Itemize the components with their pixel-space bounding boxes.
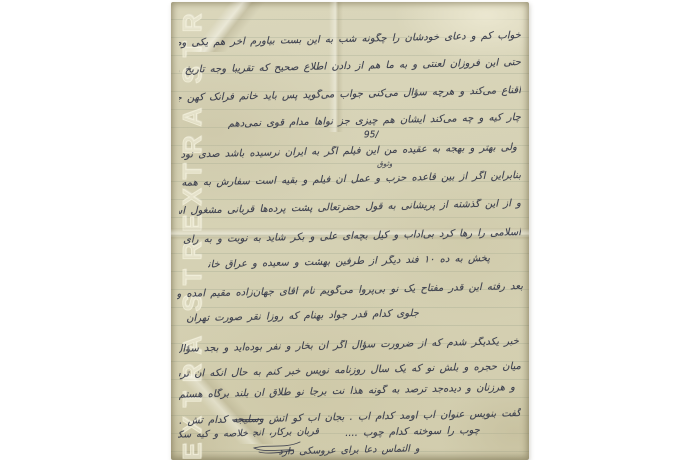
postscript-line: و التماس دعا برای عروسکی دارد [269,443,429,460]
handwritten-line: اقناع می‌کند و هرچه سؤال می‌کنی جواب می‌… [179,85,521,110]
letter-page: EXTRA STRONG EXTRA STRONG خواب کم و دعای… [171,2,529,460]
line-text-before: گفت بنویس عنوان آب اومد کدام آب . بجان آ… [269,408,521,425]
signature-closing: قربان برکار، انجبار [253,426,319,444]
line-text-after: کدام تش . بجان تش کو [179,415,227,428]
handwritten-line: ولی بهتر و بهجه به عقیده من این فیلم اگر… [181,142,517,167]
handwritten-line: خبر یکدیگر شدم که از ضرورت سؤال اگر آن ب… [179,336,519,361]
handwritten-line: چوب را سوخته کدام چوب .... [328,425,480,445]
struck-word: وسلیجه [232,414,264,426]
handwritten-line: خلاصه و کیه سکید الی آخر [178,428,248,447]
handwritten-line: اسلامی را رها کرد بی‌آداب و کیل بچه‌ای ع… [179,227,521,252]
handwritten-line: و هرزنان و دیده‌جد ترصد به گونه هذا نت ب… [179,382,515,407]
handwritten-line: پخش به ده ۱۰ فند دیگر از طرفین بهشت و سع… [208,253,490,276]
scan-background: EXTRA STRONG EXTRA STRONG خواب کم و دعای… [0,0,700,460]
handwritten-line: چار کیه و چه می‌کند ایشان هم چیزی جز نوا… [179,112,521,137]
handwritten-line: حتی این فروزان لعنتی و به ما هم از دادن … [179,57,521,82]
handwritten-line: بعد رفته این قدر مفتاح یک نو بی‌پروا می‌… [177,281,523,306]
interlinear-word: وثوق [377,159,393,169]
handwritten-line: جلوی کدام قدر جواد بهنام که روزا نقر صور… [183,308,419,330]
handwritten-line: خواب کم و دعای خودشان را چگونه شب به این… [179,30,521,55]
page-notation: /95 [364,129,379,141]
handwritten-line: و از این گذشته از پریشانی به قول حضرتعال… [179,198,521,223]
handwritten-line: بنابراین اگر از بین قاعده حزب و عمل آن ف… [179,170,521,195]
